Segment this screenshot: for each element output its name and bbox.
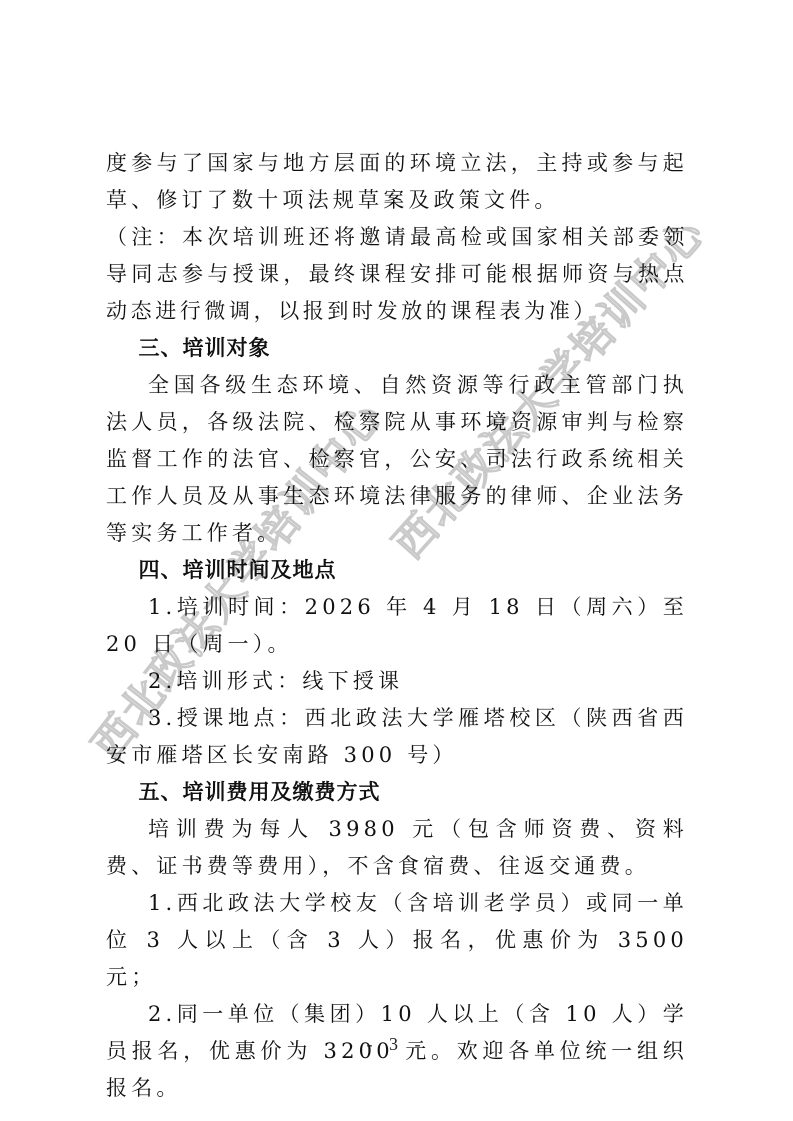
page-number: - 3 - — [0, 1034, 793, 1055]
paragraph-training-format: 2.培训形式：线下授课 — [106, 663, 688, 700]
paragraph-note: （注：本次培训班还将邀请最高检或国家相关部委领导同志参与授课，最终课程安排可能根… — [106, 219, 688, 330]
document-page: 西北政法大学培训中心 西北政法大学培训中心 度参与了国家与地方层面的环境立法，主… — [0, 0, 793, 1121]
paragraph-audience: 全国各级生态环境、自然资源等行政主管部门执法人员，各级法院、检察院从事环境资源审… — [106, 367, 688, 552]
paragraph-training-time: 1.培训时间：2026 年 4 月 18 日（周六）至 20 日（周一）。 — [106, 589, 688, 663]
paragraph-training-location: 3.授课地点：西北政法大学雁塔校区（陕西省西安市雁塔区长安南路 300 号） — [106, 700, 688, 774]
document-body: 度参与了国家与地方层面的环境立法，主持或参与起草、修订了数十项法规草案及政策文件… — [106, 145, 688, 1107]
paragraph-discount-alumni: 1.西北政法大学校友（含培训老学员）或同一单位 3 人以上（含 3 人）报名，优… — [106, 885, 688, 996]
section-heading-audience: 三、培训对象 — [106, 330, 688, 367]
section-heading-fees: 五、培训费用及缴费方式 — [106, 774, 688, 811]
section-heading-time-place: 四、培训时间及地点 — [106, 552, 688, 589]
paragraph-fee: 培训费为每人 3980 元（包含师资费、资料费、证书费等费用），不含食宿费、往返… — [106, 811, 688, 885]
paragraph-legislation: 度参与了国家与地方层面的环境立法，主持或参与起草、修订了数十项法规草案及政策文件… — [106, 145, 688, 219]
